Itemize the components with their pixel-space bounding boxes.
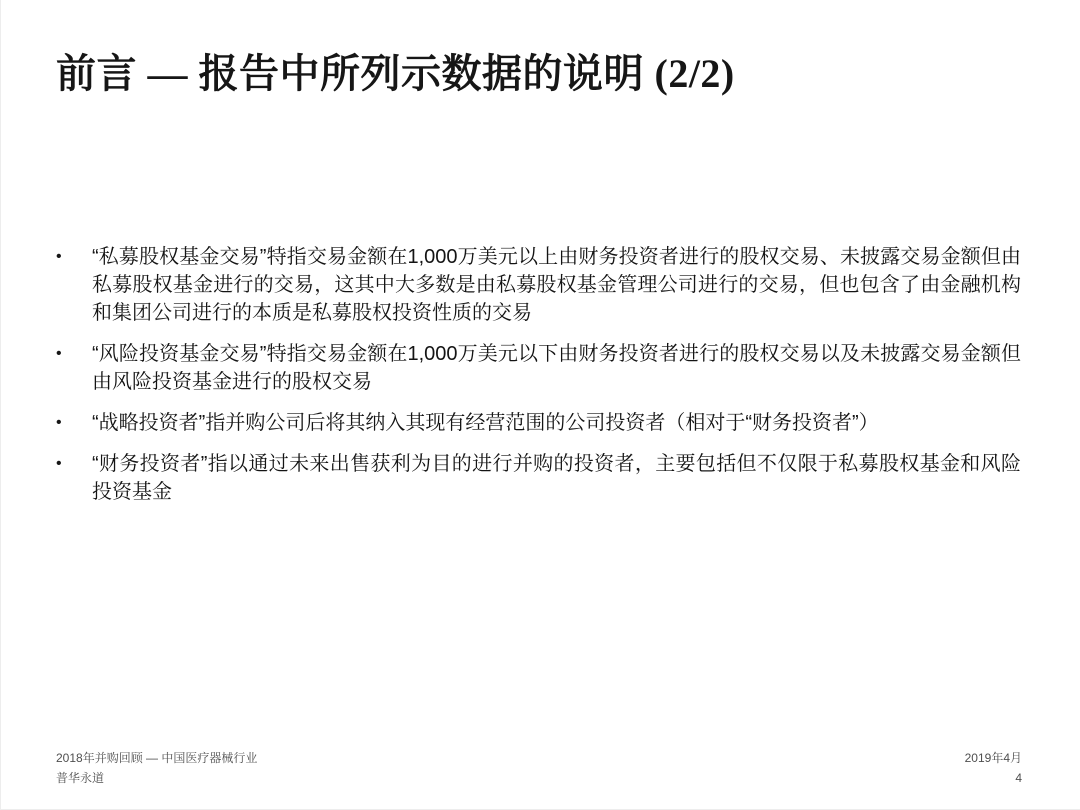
footer-right: 2019年4月 4 [965, 748, 1022, 788]
bullet-text: “财务投资者”指以通过未来出售获利为目的进行并购的投资者，主要包括但不仅限于私募… [92, 450, 1021, 506]
slide-title: 前言 — 报告中所列示数据的说明 (2/2) [56, 48, 1026, 100]
page-number: 4 [965, 768, 1022, 788]
bullet-text: “战略投资者”指并购公司后将其纳入其现有经营范围的公司投资者（相对于“财务投资者… [92, 409, 1021, 437]
bullet-item: • “财务投资者”指以通过未来出售获利为目的进行并购的投资者，主要包括但不仅限于… [56, 450, 1021, 506]
bullet-item: • “私募股权基金交易”特指交易金额在1,000万美元以上由财务投资者进行的股权… [56, 243, 1021, 327]
footer-report-title: 2018年并购回顾 — 中国医疗器械行业 [56, 748, 257, 768]
bullet-text: “风险投资基金交易”特指交易金额在1,000万美元以下由财务投资者进行的股权交易… [92, 340, 1021, 396]
slide: 前言 — 报告中所列示数据的说明 (2/2) • “私募股权基金交易”特指交易金… [0, 0, 1080, 810]
footer-date: 2019年4月 [965, 748, 1022, 768]
footer-left: 2018年并购回顾 — 中国医疗器械行业 普华永道 [56, 748, 257, 788]
bullet-icon: • [56, 409, 92, 437]
bullet-text: “私募股权基金交易”特指交易金额在1,000万美元以上由财务投资者进行的股权交易… [92, 243, 1021, 327]
bullet-item: • “战略投资者”指并购公司后将其纳入其现有经营范围的公司投资者（相对于“财务投… [56, 409, 1021, 437]
bullet-icon: • [56, 450, 92, 478]
bullet-icon: • [56, 340, 92, 368]
bullet-list: • “私募股权基金交易”特指交易金额在1,000万美元以上由财务投资者进行的股权… [56, 243, 1021, 519]
bullet-item: • “风险投资基金交易”特指交易金额在1,000万美元以下由财务投资者进行的股权… [56, 340, 1021, 396]
bullet-icon: • [56, 243, 92, 271]
footer-company: 普华永道 [56, 768, 257, 788]
